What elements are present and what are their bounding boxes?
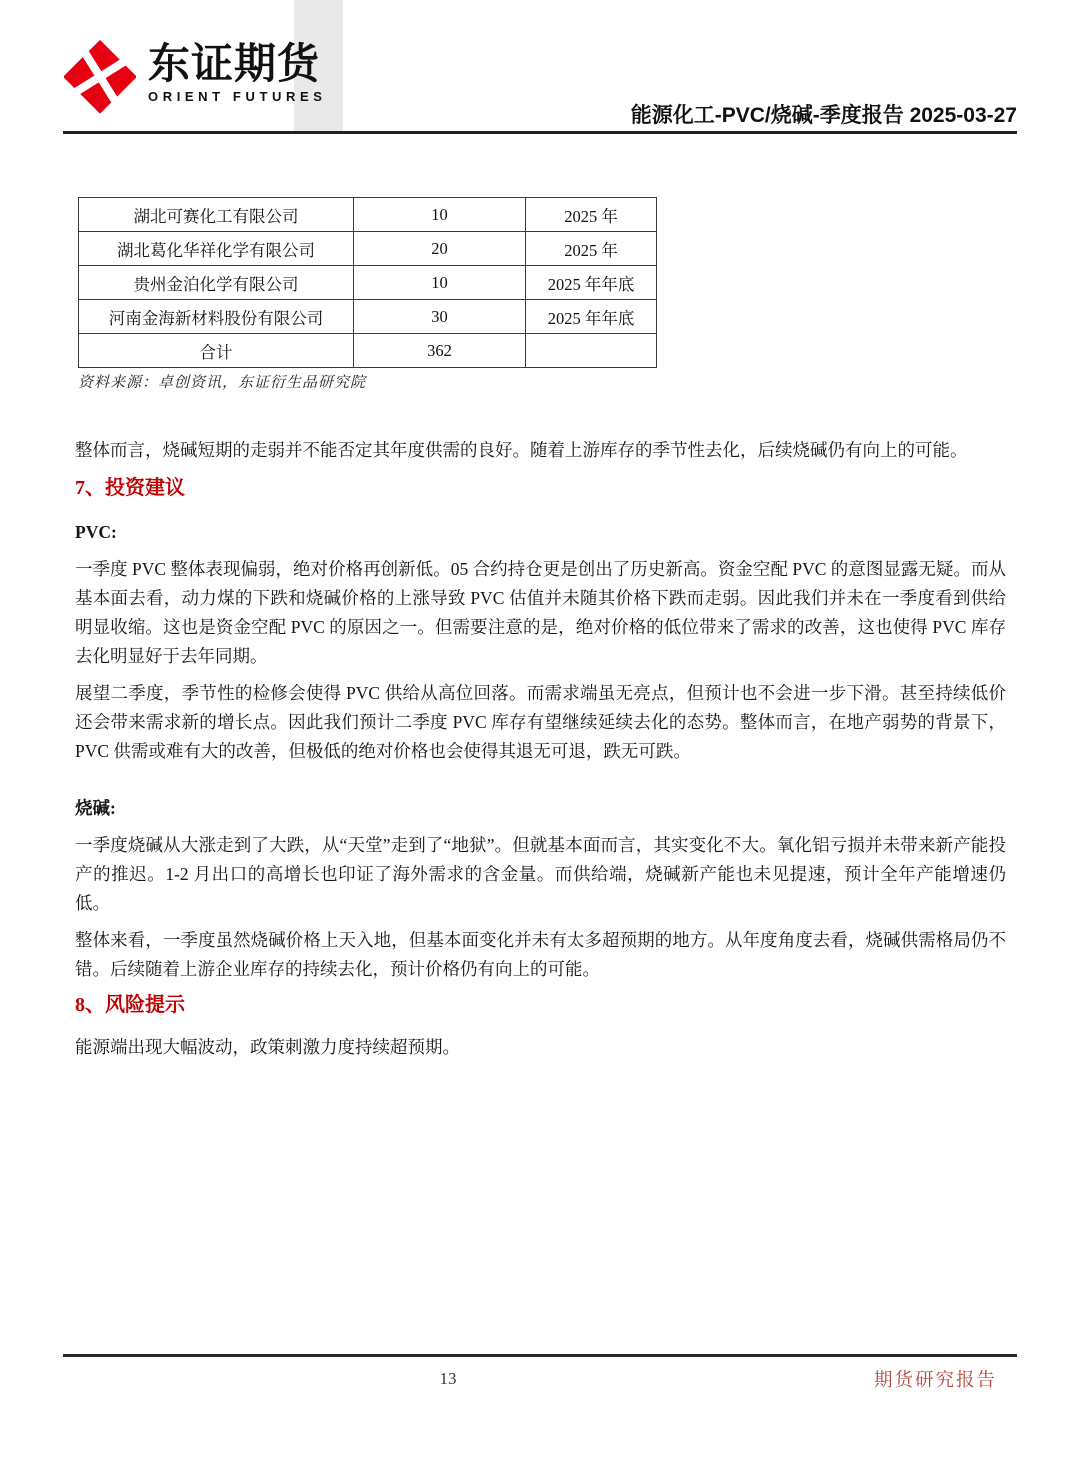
- paragraph-summary: 整体而言，烧碱短期的走弱并不能否定其年度供需的良好。随着上游库存的季节性去化，后…: [75, 436, 1006, 465]
- brand-name-en: ORIENT FUTURES: [148, 89, 327, 104]
- table-cell-company: 河南金海新材料股份有限公司: [79, 300, 354, 334]
- footer-report-type-label: 期货研究报告: [874, 1366, 997, 1392]
- table-cell-date: 2025 年: [526, 232, 657, 266]
- table-cell-date: [526, 334, 657, 368]
- footer-rule: [63, 1354, 1017, 1357]
- table-cell-capacity: 362: [354, 334, 526, 368]
- brand-name-cn: 东证期货: [148, 42, 327, 86]
- table-cell-capacity: 30: [354, 300, 526, 334]
- table-cell-capacity: 10: [354, 266, 526, 300]
- source-note: 资料来源：卓创资讯，东证衍生品研究院: [78, 371, 366, 392]
- orient-futures-logo-icon: [64, 34, 136, 116]
- table-row: 河南金海新材料股份有限公司 30 2025 年年底: [79, 300, 657, 334]
- brand-text: 东证期货 ORIENT FUTURES: [148, 34, 327, 104]
- paragraph-pvc-review: 一季度 PVC 整体表现偏弱，绝对价格再创新低。05 合约持仓更是创出了历史新高…: [75, 555, 1006, 671]
- page-number: 13: [0, 1369, 896, 1389]
- table-row: 湖北葛化华祥化学有限公司 20 2025 年: [79, 232, 657, 266]
- report-title: 能源化工-PVC/烧碱-季度报告 2025-03-27: [631, 99, 1017, 129]
- section-heading-investment-advice: 7、投资建议: [75, 475, 1006, 502]
- table-cell-company: 合计: [79, 334, 354, 368]
- table-cell-company: 湖北葛化华祥化学有限公司: [79, 232, 354, 266]
- report-body: 整体而言，烧碱短期的走弱并不能否定其年度供需的良好。随着上游库存的季节性去化，后…: [75, 436, 1006, 1062]
- table-cell-date: 2025 年: [526, 198, 657, 232]
- table-row: 湖北可赛化工有限公司 10 2025 年: [79, 198, 657, 232]
- table-cell-capacity: 10: [354, 198, 526, 232]
- table-cell-capacity: 20: [354, 232, 526, 266]
- report-page: 东证期货 ORIENT FUTURES 能源化工-PVC/烧碱-季度报告 202…: [0, 0, 1080, 1466]
- capacity-table: 湖北可赛化工有限公司 10 2025 年 湖北葛化华祥化学有限公司 20 202…: [78, 197, 657, 368]
- table-cell-date: 2025 年年底: [526, 300, 657, 334]
- table-row: 贵州金泊化学有限公司 10 2025 年年底: [79, 266, 657, 300]
- pvc-subheading: PVC:: [75, 518, 1006, 547]
- table-cell-company: 贵州金泊化学有限公司: [79, 266, 354, 300]
- header-rule: [63, 131, 1017, 134]
- paragraph-pvc-outlook: 展望二季度，季节性的检修会使得 PVC 供给从高位回落。而需求端虽无亮点，但预计…: [75, 679, 1006, 766]
- table-cell-company: 湖北可赛化工有限公司: [79, 198, 354, 232]
- table-row-total: 合计 362: [79, 334, 657, 368]
- paragraph-risk: 能源端出现大幅波动，政策刺激力度持续超预期。: [75, 1033, 1006, 1062]
- brand-logo: 东证期货 ORIENT FUTURES: [64, 34, 327, 116]
- section-heading-risk-warning: 8、风险提示: [75, 992, 1006, 1019]
- paragraph-caustic-outlook: 整体来看，一季度虽然烧碱价格上天入地，但基本面变化并未有太多超预期的地方。从年度…: [75, 926, 1006, 984]
- caustic-soda-subheading: 烧碱:: [75, 794, 1006, 823]
- table-cell-date: 2025 年年底: [526, 266, 657, 300]
- paragraph-caustic-review: 一季度烧碱从大涨走到了大跌，从“天堂”走到了“地狱”。但就基本面而言，其实变化不…: [75, 831, 1006, 918]
